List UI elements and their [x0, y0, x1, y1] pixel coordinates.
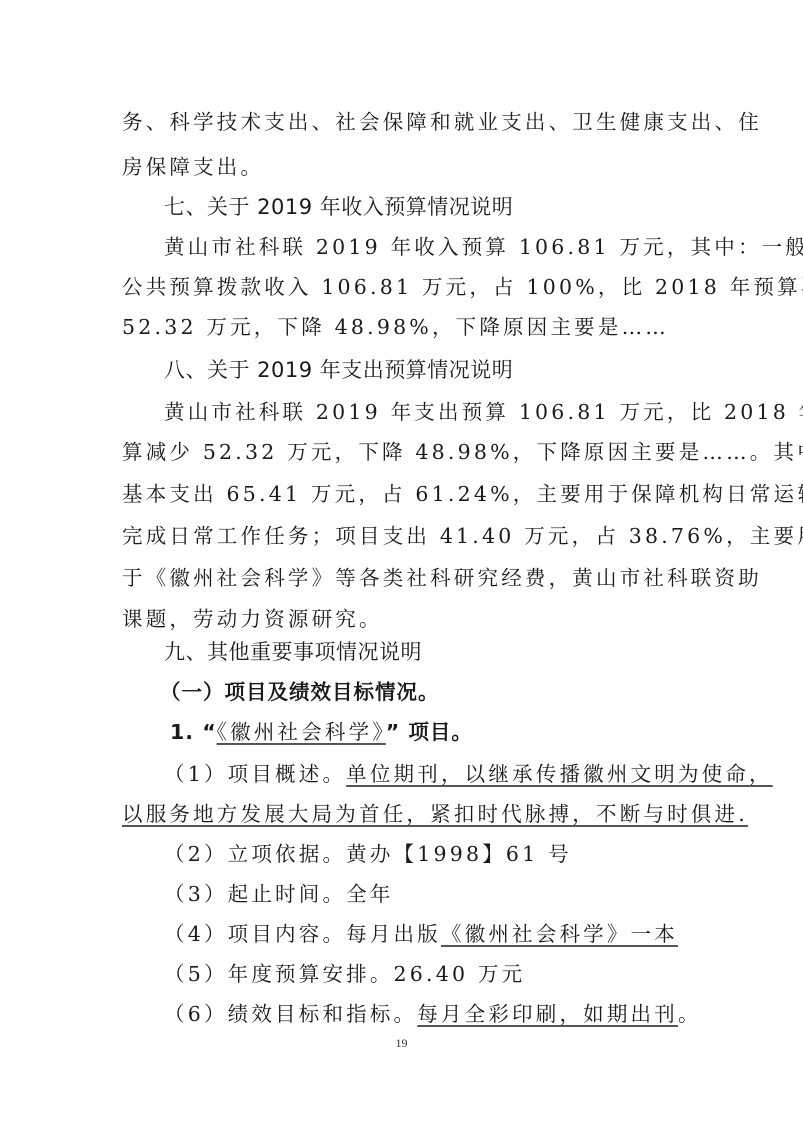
- item-p1: （1）项目概述。单位期刊，以继承传播徽州文明为使命，: [164, 760, 754, 788]
- item-p2: （2）立项依据。黄办【1998】61 号: [164, 840, 754, 868]
- item-prefix: 1. “: [170, 720, 217, 744]
- item-p5: （5）年度预算安排。26.40 万元: [164, 960, 754, 988]
- paragraph-line: 公共预算拨款收入 106.81 万元，占 100%，比 2018 年预算减少: [122, 273, 712, 301]
- item-text: 单位期刊，以继承传播徽州文明为使命，: [346, 762, 773, 786]
- paragraph-line: 基本支出 65.41 万元，占 61.24%，主要用于保障机构日常运转、: [122, 480, 712, 508]
- paragraph-line: 房保障支出。: [122, 153, 712, 181]
- item-end: 。: [678, 1002, 702, 1026]
- item-p3: （3）起止时间。全年: [164, 880, 754, 908]
- paragraph-line: 算减少 52.32 万元，下降 48.98%，下降原因主要是……。其中，: [122, 438, 712, 466]
- item-label: （1）项目概述。: [164, 762, 346, 786]
- paragraph-line: 黄山市社科联 2019 年收入预算 106.81 万元，其中：一般: [164, 233, 754, 261]
- paragraph-line: 务、科学技术支出、社会保障和就业支出、卫生健康支出、住: [122, 108, 712, 136]
- item-label: （4）项目内容。每月出版: [164, 922, 441, 946]
- item-label: （6）绩效目标和指标。: [164, 1002, 417, 1026]
- subsection-heading: （一）项目及绩效目标情况。: [160, 678, 750, 706]
- section-heading-7: 七、关于 2019 年收入预算情况说明: [164, 193, 754, 221]
- paragraph-line: 黄山市社科联 2019 年支出预算 106.81 万元，比 2018 年预: [164, 398, 754, 426]
- item-suffix: ” 项目。: [386, 720, 473, 744]
- item-p4: （4）项目内容。每月出版《徽州社会科学》一本: [164, 920, 754, 948]
- section-heading-8: 八、关于 2019 年支出预算情况说明: [164, 356, 754, 384]
- item-text: 《徽州社会科学》一本: [441, 922, 678, 946]
- paragraph-line: 于《徽州社会科学》等各类社科研究经费，黄山市社科联资助: [122, 564, 712, 592]
- paragraph-line: 52.32 万元，下降 48.98%，下降原因主要是……: [122, 313, 712, 341]
- item-heading: 1. “《徽州社会科学》” 项目。: [170, 718, 760, 746]
- item-p1-cont: 以服务地方发展大局为首任，紧扣时代脉搏，不断与时俱进.: [122, 800, 712, 828]
- paragraph-line: 完成日常工作任务；项目支出 41.40 万元，占 38.76%，主要用: [122, 522, 712, 550]
- item-p6: （6）绩效目标和指标。每月全彩印刷，如期出刊。: [164, 1000, 754, 1028]
- section-heading-9: 九、其他重要事项情况说明: [164, 638, 754, 666]
- paragraph-line: 课题，劳动力资源研究。: [122, 605, 712, 633]
- item-text: 以服务地方发展大局为首任，紧扣时代脉搏，不断与时俱进.: [122, 802, 748, 826]
- item-text: 每月全彩印刷，如期出刊: [417, 1002, 678, 1026]
- item-title: 《徽州社会科学》: [217, 720, 386, 744]
- page-number: 19: [0, 1036, 803, 1051]
